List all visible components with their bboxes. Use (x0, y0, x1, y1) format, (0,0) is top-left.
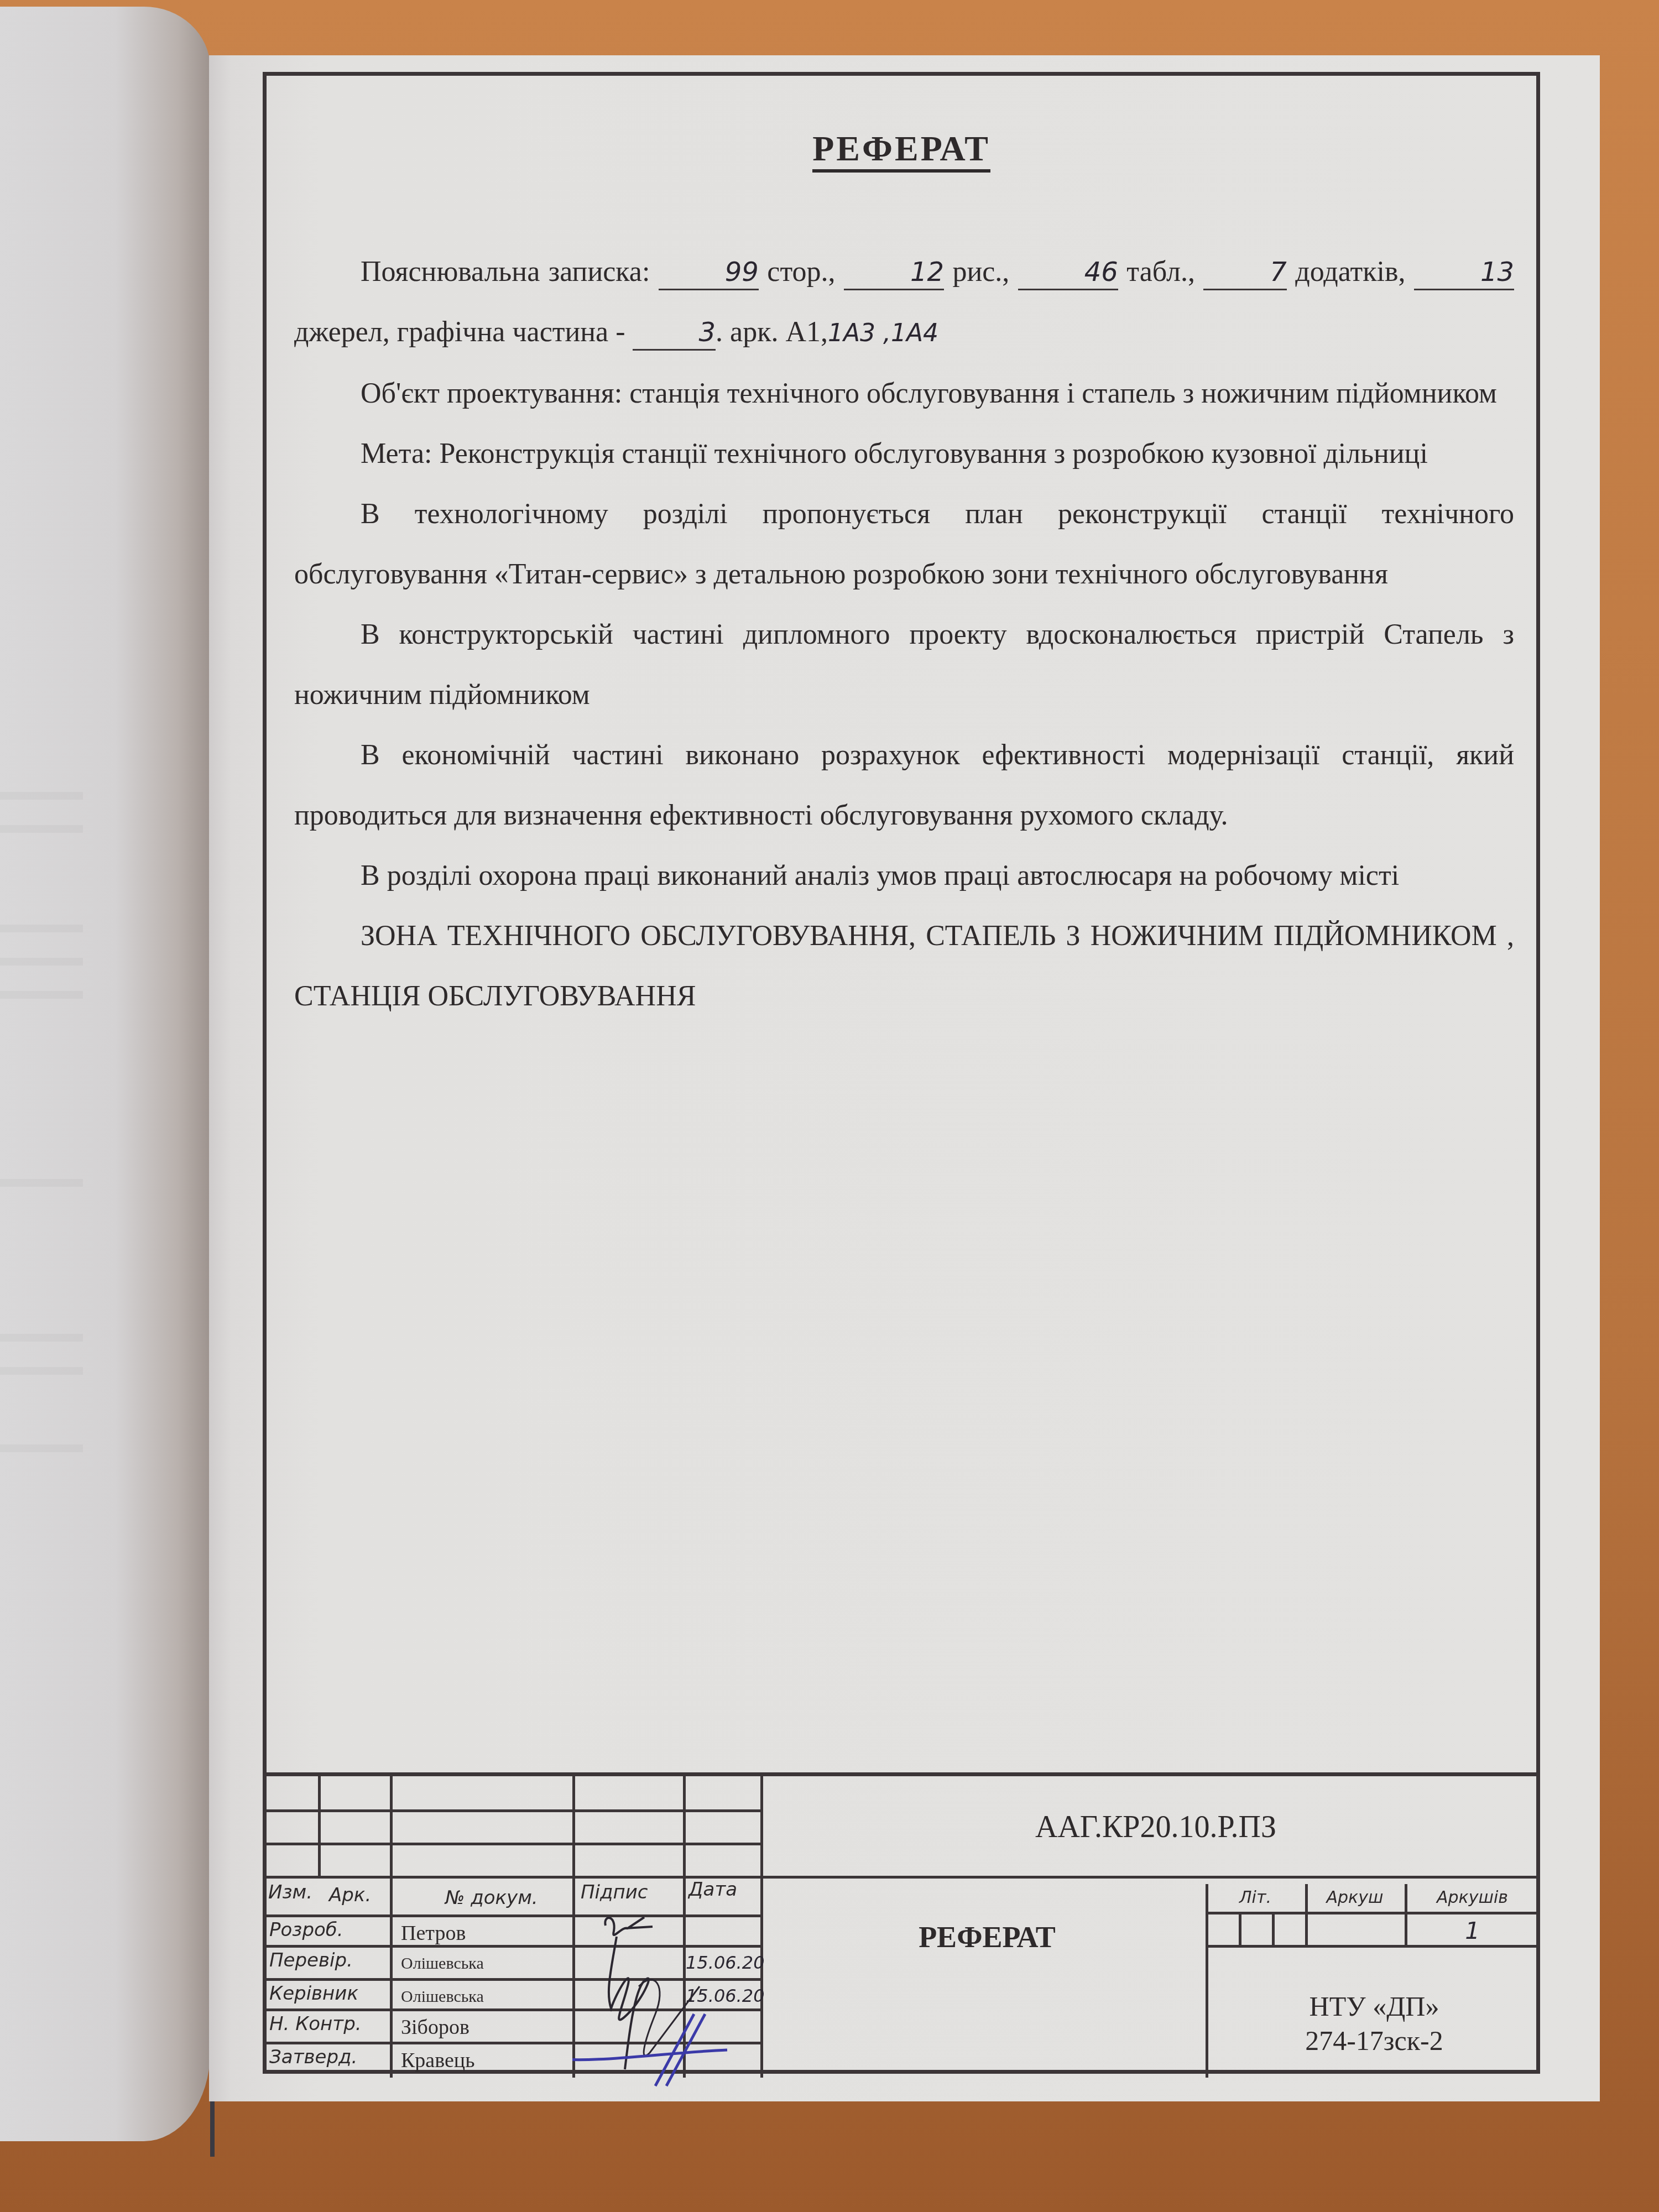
role-supervisor: Керівник (269, 1983, 358, 2005)
ghost-text-line (0, 991, 83, 999)
sources-count: 13 (1414, 255, 1514, 290)
role-checker: Перевір. (269, 1949, 353, 1971)
pages-count: 99 (659, 255, 759, 290)
page-title: РЕФЕРАТ (267, 128, 1536, 169)
organization: НТУ «ДП» 274-17зск-2 (1208, 1989, 1540, 2058)
name-supervisor: Олішевська (401, 1987, 484, 2006)
ghost-text-line (0, 1179, 83, 1187)
ghost-text-line (0, 825, 83, 833)
ghost-text-line (0, 958, 83, 966)
paragraph-technology: В технологічному розділі пропонується пл… (294, 484, 1514, 604)
tables-count: 46 (1018, 255, 1118, 290)
sheets-label: Аркушів (1405, 1888, 1540, 1907)
ghost-text-line (0, 1444, 83, 1452)
signatures-icon (572, 1903, 771, 2091)
ghost-text-line (0, 1367, 83, 1375)
header-signature: Підпис (581, 1881, 648, 1903)
sheet-formats: 1А3 ,1А4 (828, 319, 938, 347)
role-approver: Затверд. (269, 2046, 357, 2068)
facing-page (0, 7, 210, 2141)
lit-label: Літ. (1206, 1888, 1305, 1907)
sheets-value: 1 (1405, 1917, 1540, 1944)
paragraph-goal: Мета: Реконструкція станції технічного о… (294, 424, 1514, 484)
ghost-text-line (0, 792, 83, 800)
paragraph-design: В конструкторській частині дипломного пр… (294, 604, 1514, 725)
name-developer: Петров (401, 1921, 466, 1945)
ghost-text-line (0, 1334, 83, 1342)
appendices-count: 7 (1203, 255, 1287, 290)
header-change: Изм. (268, 1881, 312, 1903)
sheets-count: 3 (633, 316, 716, 351)
role-developer: Розроб. (269, 1919, 343, 1941)
header-sheet: Арк. (329, 1884, 371, 1906)
paragraph-object: Об'єкт проектування: станція технічного … (294, 363, 1514, 424)
keywords: ЗОНА ТЕХНІЧНОГО ОБСЛУГОВУВАННЯ, СТАПЕЛЬ … (294, 906, 1514, 1026)
figures-count: 12 (844, 255, 944, 290)
paragraph-economics: В економічній частині виконано розрахуно… (294, 725, 1514, 846)
drawing-frame: РЕФЕРАТ Пояснювальна записка: 99 стор., … (263, 72, 1540, 2074)
document-code: ААГ.КР20.10.Р.ПЗ (771, 1809, 1540, 1845)
document-body: Пояснювальна записка: 99 стор., 12 рис.,… (294, 242, 1514, 1026)
name-checker: Олішевська (401, 1954, 484, 1973)
title-block: Изм. Арк. № докум. Підпис Дата Розроб. П… (263, 1772, 1540, 2074)
role-norm-control: Н. Контр. (269, 2013, 362, 2035)
header-doc-no: № докум. (445, 1887, 538, 1909)
name-norm-control: Зіборов (401, 2015, 469, 2039)
paragraph-safety: В розділі охорона праці виконаний аналіз… (294, 846, 1514, 906)
sheet-label: Аркуш (1305, 1888, 1405, 1907)
ghost-text-line (0, 925, 83, 932)
summary-paragraph: Пояснювальна записка: 99 стор., 12 рис.,… (294, 242, 1514, 363)
document-name: РЕФЕРАТ (769, 1920, 1206, 1954)
name-approver: Кравець (401, 2048, 474, 2073)
header-date: Дата (688, 1879, 737, 1901)
